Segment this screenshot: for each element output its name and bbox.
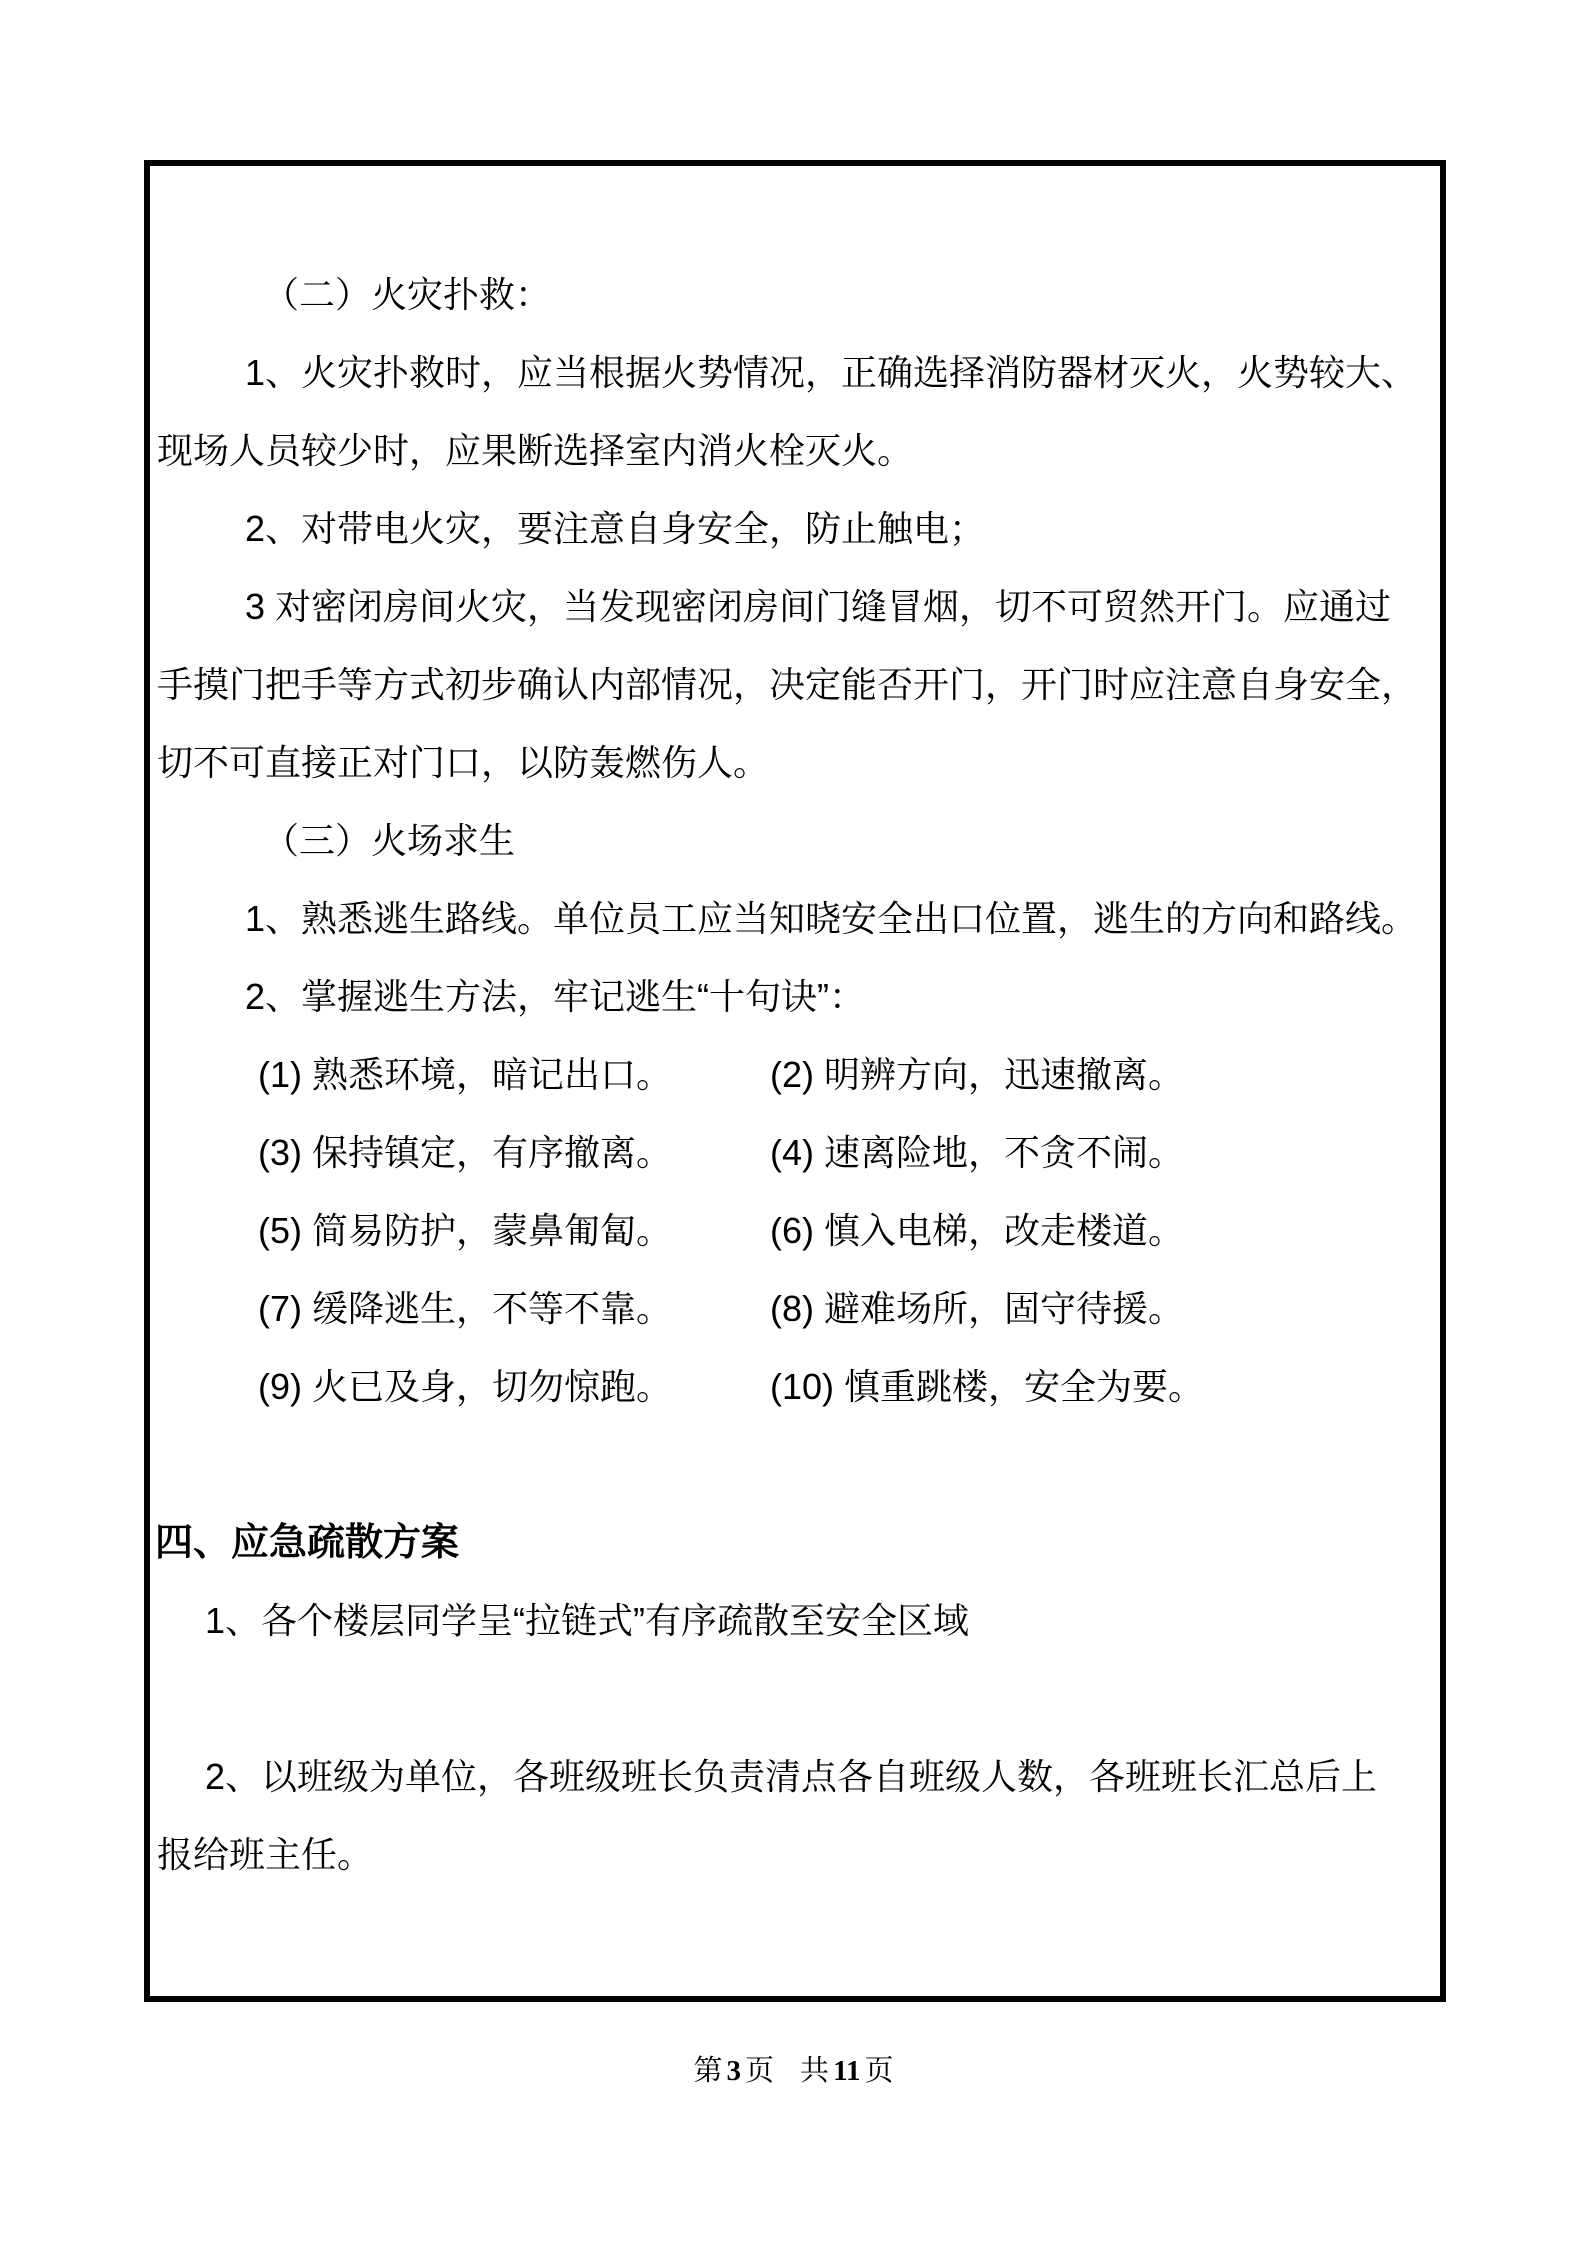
escape-tip-10: (10) 慎重跳楼，安全为要。 — [770, 1348, 1204, 1426]
escape-tip-7: (7) 缓降逃生，不等不靠。 — [258, 1288, 672, 1329]
escape-tip-9: (9) 火已及身，切勿惊跑。 — [258, 1366, 672, 1407]
footer-label-ye1: 页 — [745, 2055, 774, 2087]
escape-tips-row-5: (9) 火已及身，切勿惊跑。 (10) 慎重跳楼，安全为要。 — [150, 1348, 1440, 1426]
para-evacuation-1: 1、各个楼层同学呈“拉链式”有序疏散至安全区域 — [150, 1582, 1440, 1660]
para-fire-extinguish-1-cont: 现场人员较少时，应果断选择室内消火栓灭火。 — [150, 412, 1440, 490]
escape-tips-row-4: (7) 缓降逃生，不等不靠。 (8) 避难场所，固守待援。 — [150, 1270, 1440, 1348]
footer-total-pages: 11 — [833, 2055, 860, 2087]
escape-tips-row-1: (1) 熟悉环境，暗记出口。 (2) 明辨方向，迅速撤离。 — [150, 1036, 1440, 1114]
section-heading-fire-survival: （三）火场求生 — [150, 802, 1440, 880]
escape-tips-row-3: (5) 简易防护，蒙鼻匍匐。 (6) 慎入电梯，改走楼道。 — [150, 1192, 1440, 1270]
para-fire-extinguish-2: 2、对带电火灾，要注意自身安全，防止触电； — [150, 490, 1440, 568]
escape-tip-3: (3) 保持镇定，有序撤离。 — [258, 1132, 672, 1173]
blank-line — [150, 1660, 1440, 1738]
para-evacuation-2-cont: 报给班主任。 — [150, 1816, 1440, 1894]
escape-tip-4: (4) 速离险地，不贪不闹。 — [770, 1114, 1184, 1192]
para-evacuation-2: 2、以班级为单位，各班级班长负责清点各自班级人数，各班班长汇总后上 — [150, 1738, 1440, 1816]
escape-tip-5: (5) 简易防护，蒙鼻匍匐。 — [258, 1210, 672, 1251]
footer-label-gong: 共 — [800, 2055, 829, 2087]
section-heading-fire-extinguish: （二）火灾扑救： — [150, 256, 1440, 334]
page-footer: 第3页共11页 — [0, 2050, 1587, 2092]
document-table-cell: （二）火灾扑救： 1、火灾扑救时，应当根据火势情况，正确选择消防器材灭火，火势较… — [144, 160, 1446, 2002]
escape-tip-1: (1) 熟悉环境，暗记出口。 — [258, 1054, 672, 1095]
para-fire-extinguish-1: 1、火灾扑救时，应当根据火势情况，正确选择消防器材灭火，火势较大、 — [150, 334, 1440, 412]
para-survival-2: 2、掌握逃生方法，牢记逃生“十句诀”： — [150, 958, 1440, 1036]
section-heading-evacuation-plan: 四、应急疏散方案 — [150, 1504, 1440, 1582]
blank-line — [150, 1426, 1440, 1504]
para-fire-extinguish-3-cont2: 切不可直接正对门口，以防轰燃伤人。 — [150, 724, 1440, 802]
para-survival-1: 1、熟悉逃生路线。单位员工应当知晓安全出口位置，逃生的方向和路线。 — [150, 880, 1440, 958]
footer-label-ye2: 页 — [864, 2055, 893, 2087]
escape-tips-row-2: (3) 保持镇定，有序撤离。 (4) 速离险地，不贪不闹。 — [150, 1114, 1440, 1192]
para-fire-extinguish-3: 3 对密闭房间火灾，当发现密闭房间门缝冒烟，切不可贸然开门。应通过 — [150, 568, 1440, 646]
document-page: { "document": { "lines": [ { "text": "（二… — [0, 0, 1587, 2245]
escape-tip-2: (2) 明辨方向，迅速撤离。 — [770, 1036, 1184, 1114]
footer-label-di: 第 — [694, 2055, 723, 2087]
para-fire-extinguish-3-cont1: 手摸门把手等方式初步确认内部情况，决定能否开门，开门时应注意自身安全， — [150, 646, 1440, 724]
escape-tip-6: (6) 慎入电梯，改走楼道。 — [770, 1192, 1184, 1270]
escape-tip-8: (8) 避难场所，固守待援。 — [770, 1270, 1184, 1348]
footer-page-number: 3 — [727, 2055, 742, 2087]
